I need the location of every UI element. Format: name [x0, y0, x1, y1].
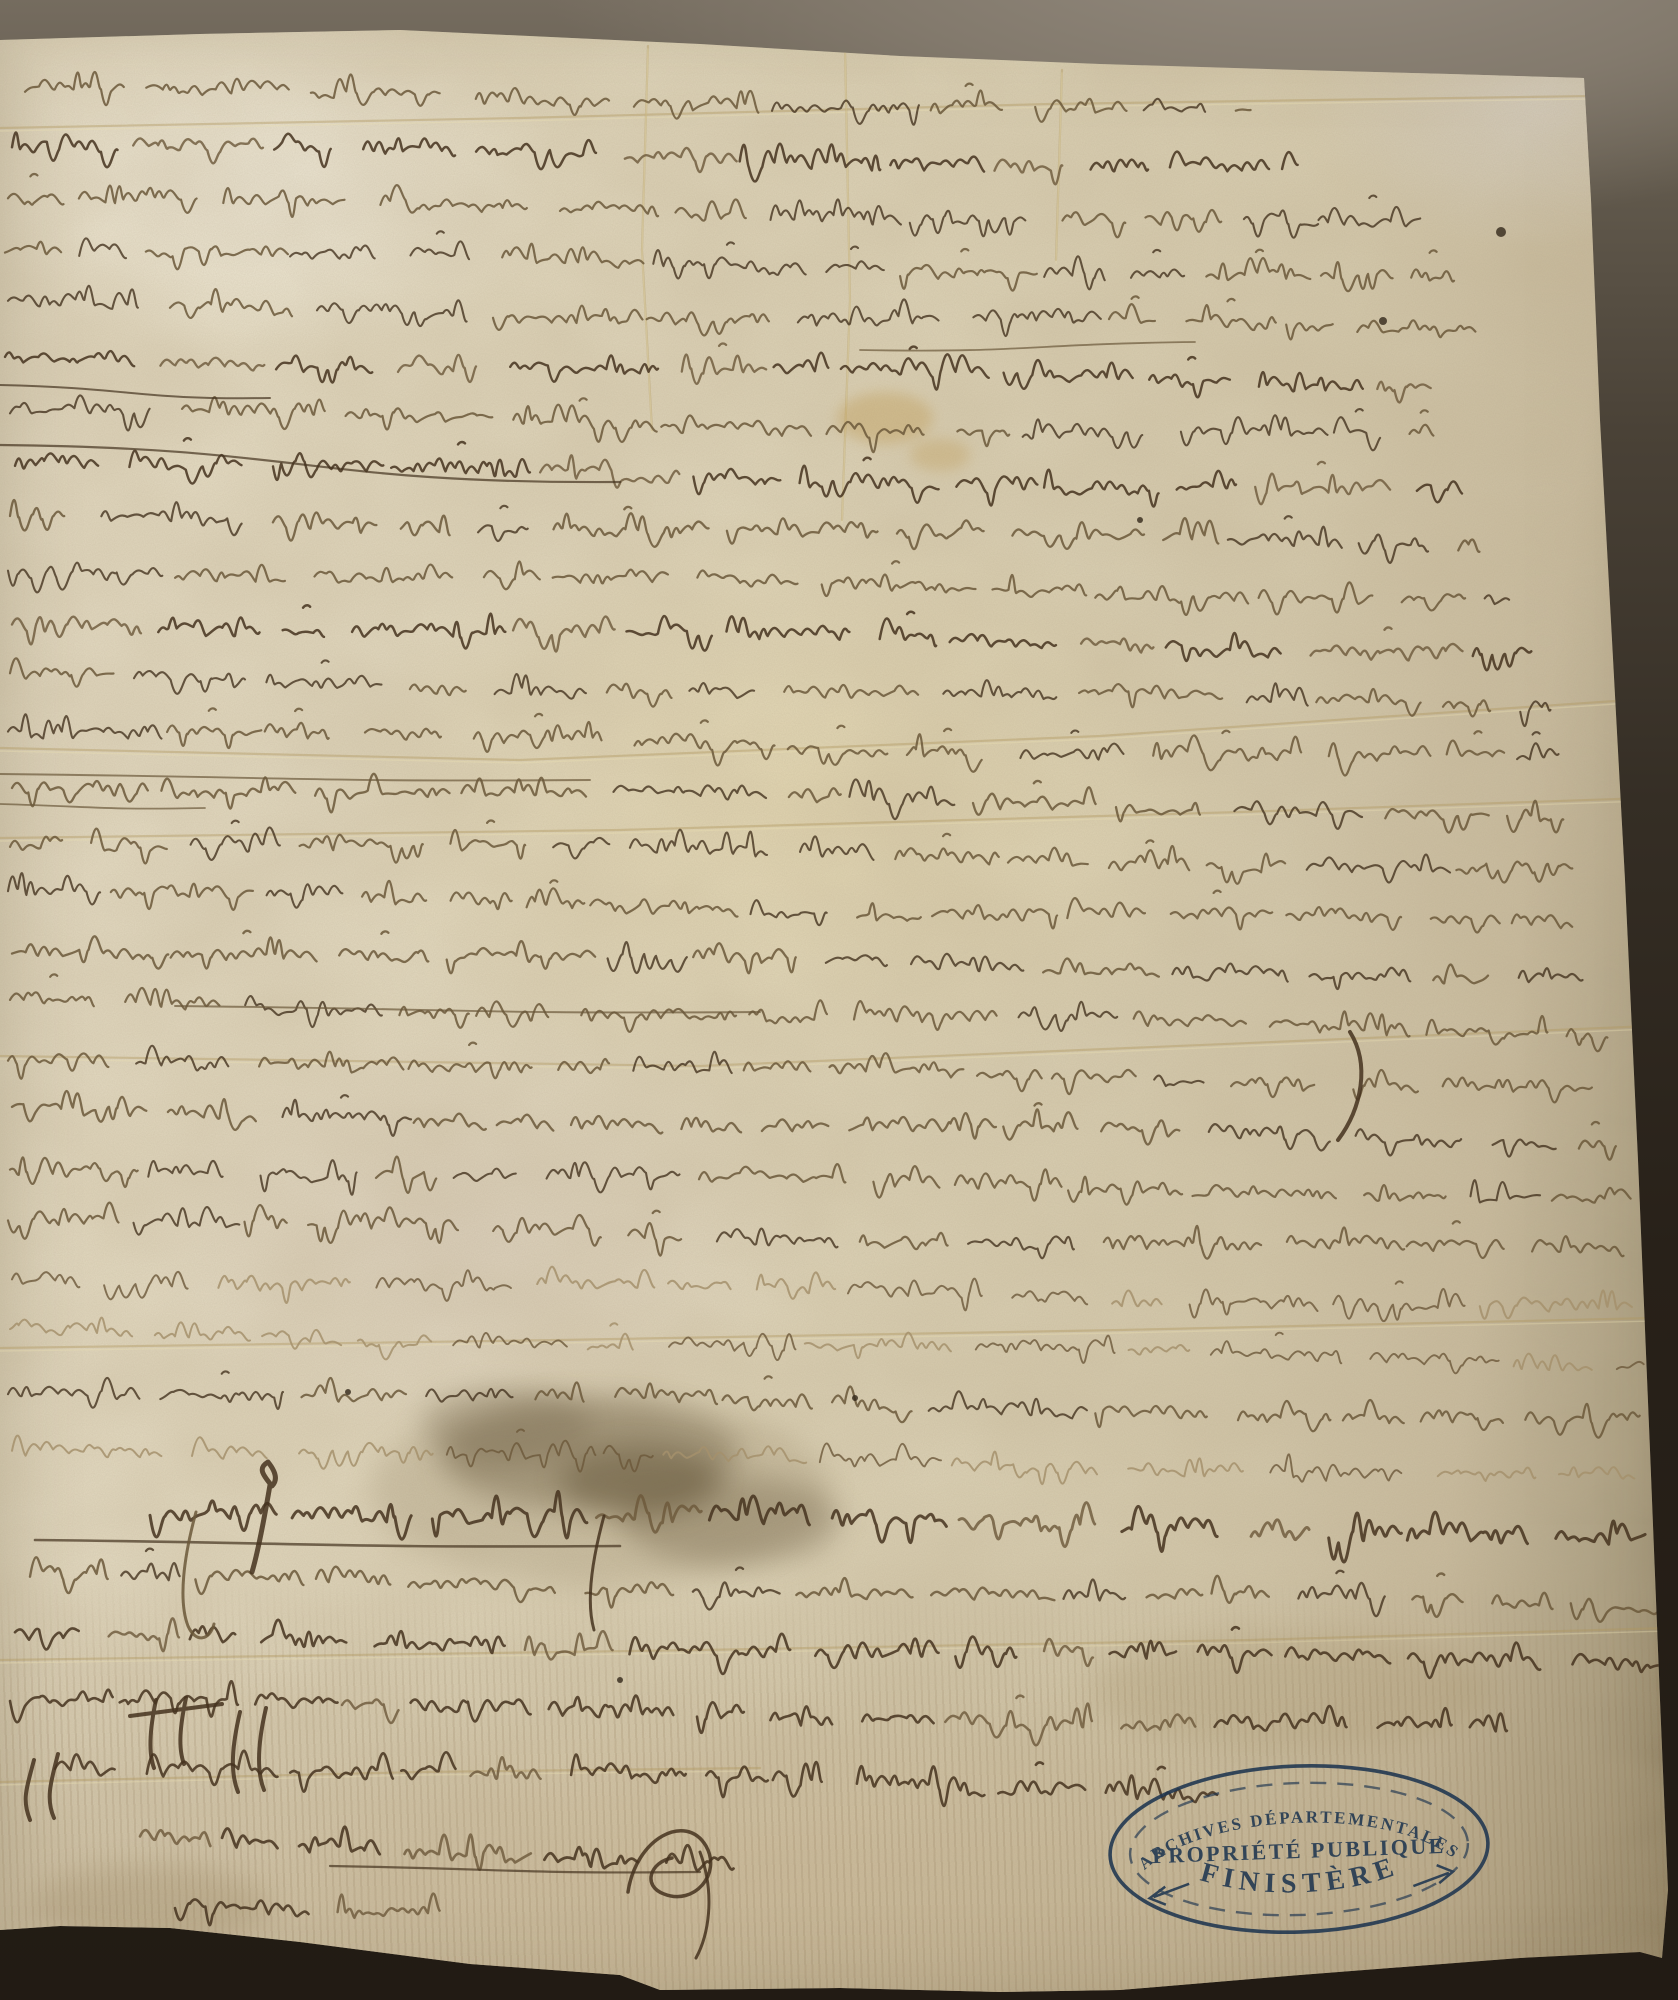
ink-dot: [1496, 227, 1506, 237]
stain: [837, 392, 933, 444]
ink-dot: [345, 1389, 351, 1395]
manuscript-overlay: ARCHIVES DÉPARTEMENTALES PROPRIÉTÉ PUBLI…: [0, 0, 1678, 2000]
ink-dot: [617, 1677, 623, 1683]
manuscript-photo: ARCHIVES DÉPARTEMENTALES PROPRIÉTÉ PUBLI…: [0, 0, 1678, 2000]
ink-dot: [1379, 317, 1387, 325]
ink-dot: [1137, 517, 1143, 523]
parchment-document: ARCHIVES DÉPARTEMENTALES PROPRIÉTÉ PUBLI…: [0, 0, 1678, 2000]
stain: [370, 1395, 830, 1585]
stain: [910, 439, 970, 471]
ink-dot: [852, 1395, 858, 1401]
